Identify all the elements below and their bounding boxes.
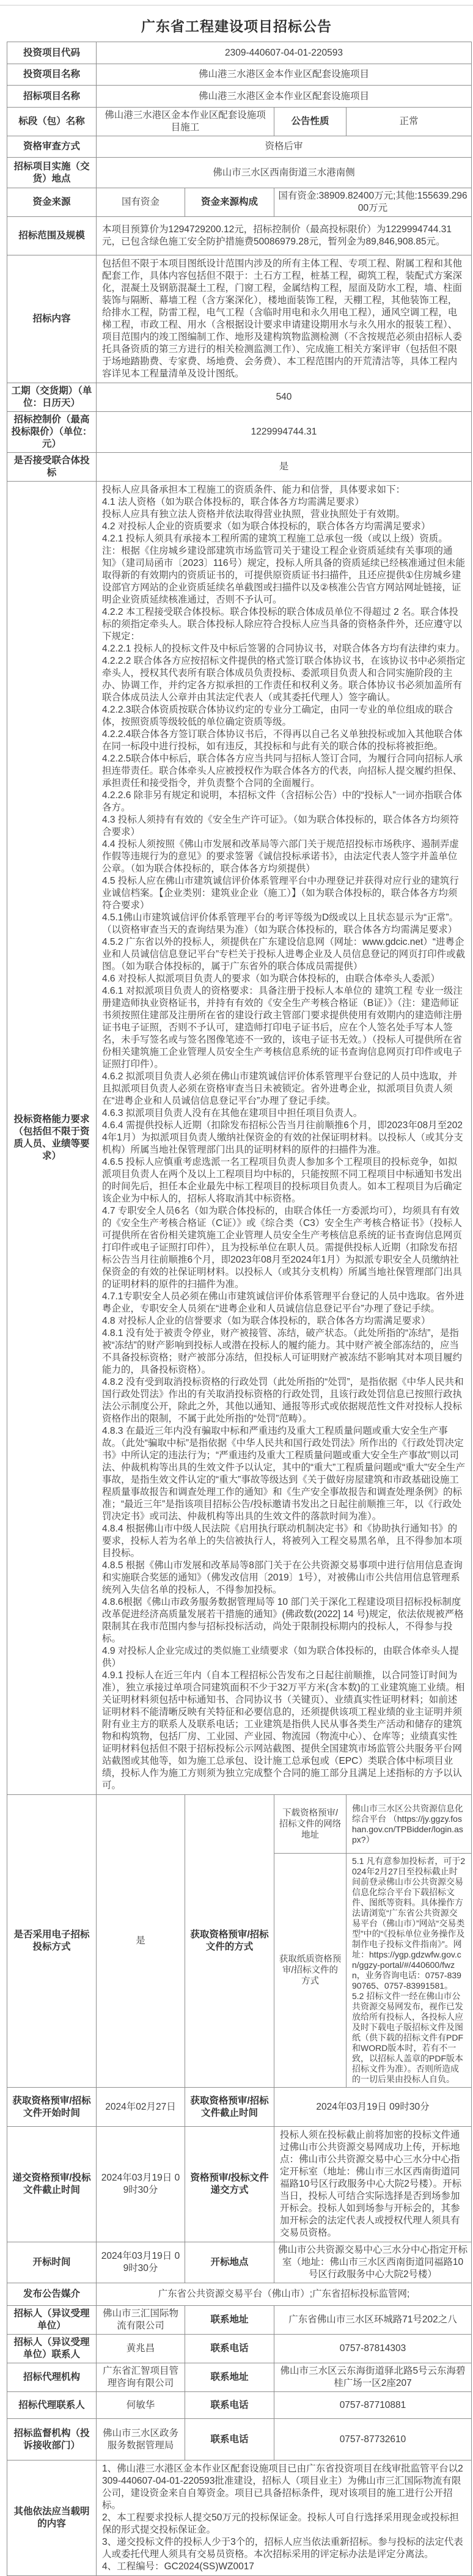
obtain-end-value: 2024年03月19日 09时30分	[274, 2088, 472, 2127]
field-label: 是否采用电子招标投标方式	[7, 1795, 97, 2088]
opening-time-label: 开标时间	[7, 2242, 97, 2283]
tenderer-phone-value: 0757-87814303	[274, 2335, 472, 2363]
notice-nature-label: 公告性质	[274, 108, 346, 136]
top-divider	[0, 5, 473, 6]
field-label: 资金来源	[7, 188, 97, 217]
field-value: 本项目预算价为1294729200.12元，招标控制价（最高投标限价）为1229…	[97, 217, 472, 255]
row-agency: 招标代理机构 广东省汇智项目管理咨询有限公司 联系地址 佛山市三水区云东海街道驿…	[7, 2363, 472, 2392]
section-name-value: 佛山港三水港区金本作业区配套设施项目施工	[97, 108, 274, 136]
field-label: 是否接受联合体投标	[7, 453, 97, 482]
download-url-value: 佛山市三水区公共资源信息化综合平台 （https://jy.ggzy.fosha…	[346, 1795, 472, 1854]
field-value: 佛山港三水港区金本作业区配套设施项目	[97, 86, 472, 108]
field-label: 标段（包）名称	[7, 108, 97, 136]
submission-deadline-label: 递交资格预审/投标文件截止时间	[7, 2127, 97, 2242]
field-label: 招标项目实施（交货）地点	[7, 158, 97, 188]
agency-phone-value: 0757-87710881	[274, 2392, 472, 2419]
row-submission: 递交资格预审/投标文件截止时间 2024年03月19日 09时30分 资格预审/…	[7, 2127, 472, 2242]
supervisor-phone-label: 联系电话	[185, 2419, 274, 2460]
tenderer-phone-label: 联系电话	[185, 2335, 274, 2363]
field-value: 投标人应具备承担本工程施工的资质条件、能力和信誉，具体要求如下： 4.1 法人资…	[97, 482, 472, 1795]
field-value: 广东省公共资源交易平台（佛山市）;广东省招标投标监管网;	[97, 2283, 472, 2306]
agency-address-label: 联系地址	[185, 2363, 274, 2392]
tender-announcement-page: 广东省工程建设项目招标公告 投资项目代码 2309-440607-04-01-2…	[0, 5, 473, 2576]
agency-contact-label: 招标代理联系人	[7, 2392, 97, 2419]
download-url-label: 下载资格预审/招标文件的网络地址	[274, 1795, 346, 1854]
tenderer-address-value: 广东省佛山市三水区环城路71号202之八	[274, 2306, 472, 2335]
field-value: 包括但不限于本项目图纸设计范围内涉及的所有主体工程、专项工程、附属工程和其他配套…	[97, 255, 472, 383]
row-electronic-bidding: 是否采用电子招标投标方式 是 获取资格预审/招标文件的方式 下载资格预审/招标文…	[7, 1795, 472, 1854]
row-scope: 招标范围及规模 本项目预算价为1294729200.12元，招标控制价（最高投标…	[7, 217, 472, 255]
paper-method-value: 5.1 凡有意参加投标者，可于2024年2月27日至投标截止时间前登录佛山市公共…	[346, 1854, 472, 2088]
field-label: 招标内容	[7, 255, 97, 383]
field-value: 540	[97, 383, 472, 412]
row-investment-name: 投资项目名称 佛山港三水港区金本作业区配套设施项目	[7, 64, 472, 86]
row-agency-contact: 招标代理联系人 何敏华 联系电话 0757-87710881	[7, 2392, 472, 2419]
row-location: 招标项目实施（交货）地点 佛山市三水区西南街道三水港南侧	[7, 158, 472, 188]
field-value: 1、佛山港三水港区金本作业区配套设施项目已由广东省投资项目在线审批监管平台以23…	[97, 2460, 472, 2576]
row-content: 招标内容 包括但不限于本项目图纸设计范围内涉及的所有主体工程、专项工程、附属工程…	[7, 255, 472, 383]
field-label: 投资项目代码	[7, 42, 97, 64]
field-value: 2309-440607-04-01-220593	[97, 42, 472, 64]
row-duration: 工期（交货期）（单位：日历天） 540	[7, 383, 472, 412]
field-label: 其他依法应当载明的内容	[7, 2460, 97, 2576]
funding-source-value: 国有资金	[97, 188, 185, 217]
field-value: 资格后审	[97, 136, 472, 158]
row-qualification-review: 资格审查方式 资格后审	[7, 136, 472, 158]
agency-contact-value: 何敏华	[97, 2392, 185, 2419]
row-other: 其他依法应当载明的内容 1、佛山港三水港区金本作业区配套设施项目已由广东省投资项…	[7, 2460, 472, 2576]
field-value: 佛山市三水区西南街道三水港南侧	[97, 158, 472, 188]
funding-composition-value: 国有资金:38909.82400万元;其他:155639.29600万元	[274, 188, 472, 217]
field-label: 投标资格能力要求（包括但不限于资质人员、业绩等要求）	[7, 482, 97, 1795]
supervisor-phone-value: 0757-87732610	[274, 2419, 472, 2460]
submission-deadline-value: 2024年03月19日 09时30分	[97, 2127, 185, 2242]
row-funding: 资金来源 国有资金 资金来源构成 国有资金:38909.82400万元;其他:1…	[7, 188, 472, 217]
row-media: 发布公告媒介 广东省公共资源交易平台（佛山市）;广东省招标投标监管网;	[7, 2283, 472, 2306]
row-tenderer: 招标人（异议受理单位） 佛山市三汇国际物流有限公司 联系地址 广东省佛山市三水区…	[7, 2306, 472, 2335]
supervisor-value: 佛山市三水区政务服务数据管理局	[97, 2419, 185, 2460]
field-label: 招标项目名称	[7, 86, 97, 108]
field-value: 1229994744.31	[97, 412, 472, 453]
submission-method-label: 资格预审/投标文件递交方式	[185, 2127, 274, 2242]
row-supervisor: 招标监督机构（投诉接收部门） 佛山市三水区政务服务数据管理局 联系电话 0757…	[7, 2419, 472, 2460]
tenderer-value: 佛山市三汇国际物流有限公司	[97, 2306, 185, 2335]
field-label: 发布公告媒介	[7, 2283, 97, 2306]
row-tender-name: 招标项目名称 佛山港三水港区金本作业区配套设施项目	[7, 86, 472, 108]
opening-time-value: 2024年03月19日 09时30分	[97, 2242, 185, 2283]
row-obtain-time: 获取资格预审/招标文件开始时间 2024年02月27日 获取资格预审/招标文件截…	[7, 2088, 472, 2127]
tenderer-contact-label: 招标人（异议受理单位）联系人	[7, 2335, 97, 2363]
obtain-start-value: 2024年02月27日	[97, 2088, 185, 2127]
tender-table: 投资项目代码 2309-440607-04-01-220593 投资项目名称 佛…	[7, 42, 472, 2576]
obtain-start-label: 获取资格预审/招标文件开始时间	[7, 2088, 97, 2127]
agency-address-value: 佛山市三水区云东海街道驿北路5号云东海碧桂广场一区2座207	[274, 2363, 472, 2392]
row-qualification-requirements: 投标资格能力要求（包括但不限于资质人员、业绩等要求） 投标人应具备承担本工程施工…	[7, 482, 472, 1795]
field-value: 是	[97, 453, 472, 482]
tenderer-label: 招标人（异议受理单位）	[7, 2306, 97, 2335]
obtain-method-label: 获取资格预审/招标文件的方式	[185, 1795, 274, 2088]
field-label: 工期（交货期）（单位：日历天）	[7, 383, 97, 412]
row-section: 标段（包）名称 佛山港三水港区金本作业区配套设施项目施工 公告性质 正常	[7, 108, 472, 136]
notice-nature-value: 正常	[346, 108, 472, 136]
agency-value: 广东省汇智项目管理咨询有限公司	[97, 2363, 185, 2392]
field-label: 招标范围及规模	[7, 217, 97, 255]
page-title: 广东省工程建设项目招标公告	[0, 15, 473, 35]
agency-label: 招标代理机构	[7, 2363, 97, 2392]
opening-place-value: 佛山市公共资源交易中心三水分中心指定开标室（地址：佛山市三水区西南街道同福路10…	[274, 2242, 472, 2283]
row-tenderer-contact: 招标人（异议受理单位）联系人 黄兆昌 联系电话 0757-87814303	[7, 2335, 472, 2363]
supervisor-label: 招标监督机构（投诉接收部门）	[7, 2419, 97, 2460]
field-value: 佛山港三水港区金本作业区配套设施项目	[97, 64, 472, 86]
field-label: 资格审查方式	[7, 136, 97, 158]
row-consortium: 是否接受联合体投标 是	[7, 453, 472, 482]
field-label: 招标控制价（最高投标限价）（单位：元）	[7, 412, 97, 453]
row-control-price: 招标控制价（最高投标限价）（单位：元） 1229994744.31	[7, 412, 472, 453]
opening-place-label: 开标地点	[185, 2242, 274, 2283]
tenderer-contact-value: 黄兆昌	[97, 2335, 185, 2363]
row-project-code: 投资项目代码 2309-440607-04-01-220593	[7, 42, 472, 64]
submission-method-value: 投标人须在投标截止前将加密的投标文件通过佛山市公共资源交易网成功上传，开标地点：…	[274, 2127, 472, 2242]
field-label: 投资项目名称	[7, 64, 97, 86]
row-opening: 开标时间 2024年03月19日 09时30分 开标地点 佛山市公共资源交易中心…	[7, 2242, 472, 2283]
obtain-end-label: 获取资格预审/招标文件截止时间	[185, 2088, 274, 2127]
paper-method-label: 获取纸质资格预审/招标文件的方式	[274, 1854, 346, 2088]
electronic-bidding-value: 是	[97, 1795, 185, 2088]
funding-composition-label: 资金来源构成	[185, 188, 274, 217]
agency-phone-label: 联系电话	[185, 2392, 274, 2419]
tenderer-address-label: 联系地址	[185, 2306, 274, 2335]
